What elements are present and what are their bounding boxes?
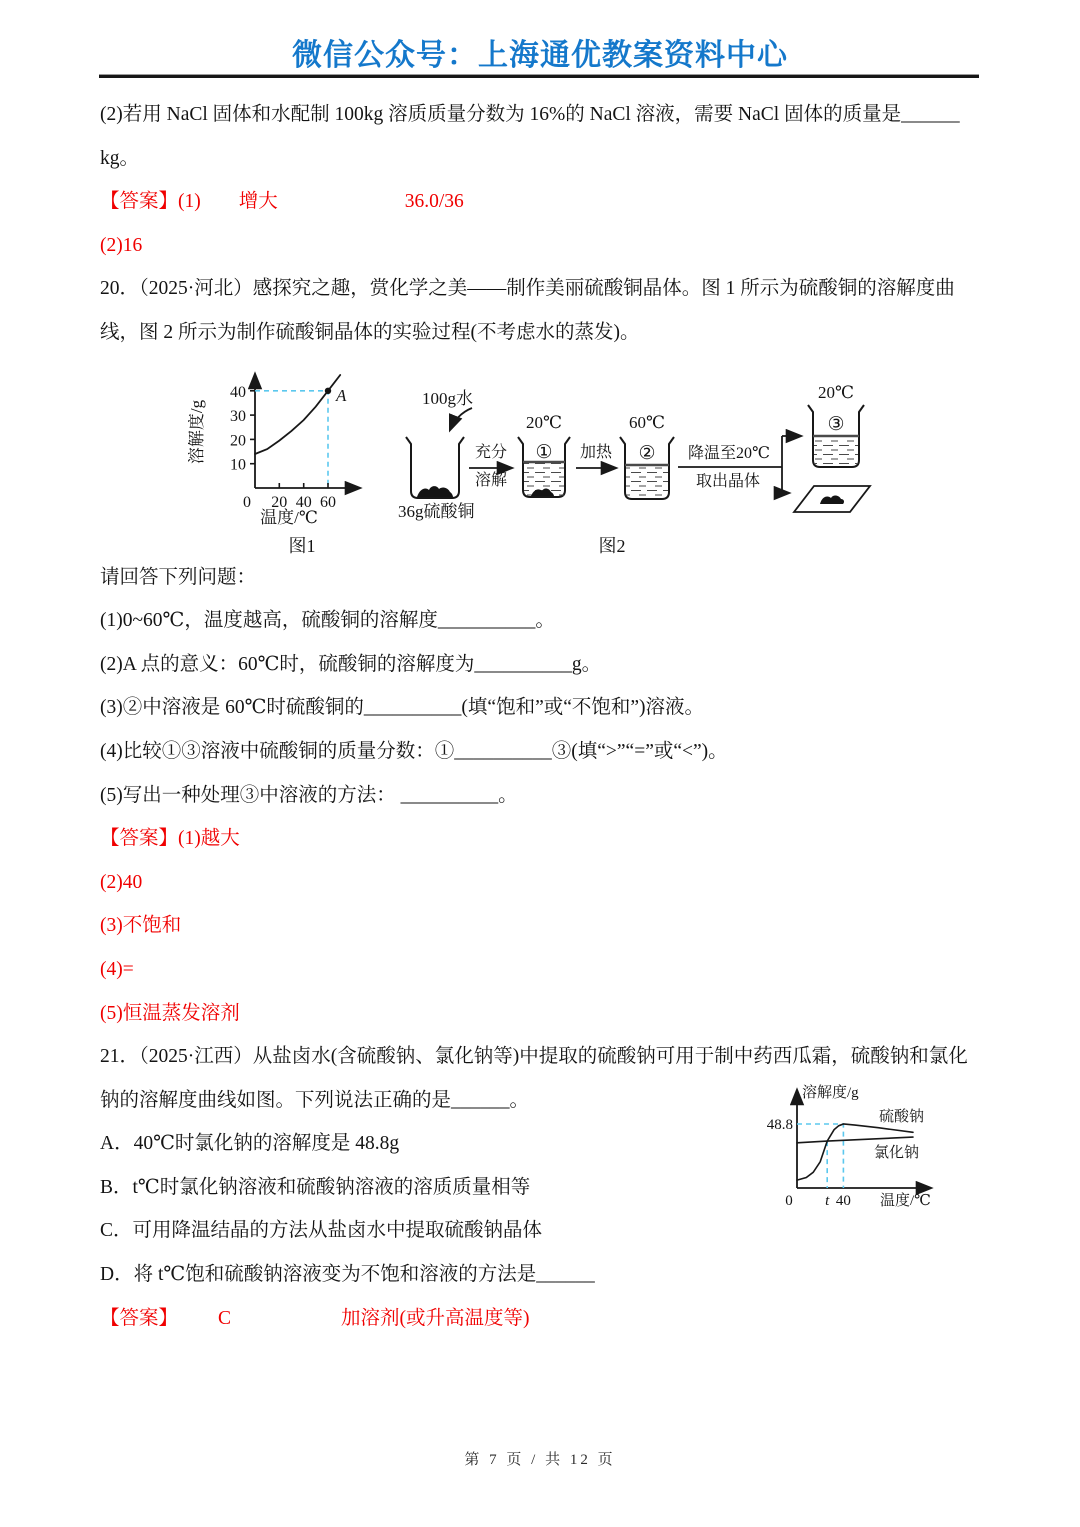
water-pour-arrow [450,408,472,430]
q19-answer-part2: (2)16 [100,224,992,268]
answer-label: 【答案】(1) [100,191,201,212]
q20-item-3: (3)②中溶液是 60℃时硫酸铜的__________(填“饱和”或“不饱和”)… [100,686,992,730]
step3-label-top: 降温至20℃ [688,444,770,462]
x-tick-label: 20 [271,494,287,511]
q21-answer-choice: C [218,1308,231,1329]
q21-solubility-chart: 溶解度/g 48.8 硫酸钠 氯化钠 温度/℃ 0t40 [755,1080,990,1215]
q20-item-4: (4)比较①③溶液中硫酸铜的质量分数：①__________③(填“>”“=”或… [100,730,992,774]
q19-answer-blank2: 36.0/36 [405,191,464,212]
page-title: 微信公众号：上海通优教案资料中心 [0,30,1080,74]
water-label: 100g水 [422,389,473,408]
q21-ytick-488: 48.8 [767,1117,793,1133]
answer-label: 【答案】 [100,1308,178,1329]
x-tick-label: t [825,1193,830,1209]
q19-line2: kg。 [100,137,992,181]
exam-page: 微信公众号：上海通优教案资料中心 (2)若用 NaCl 固体和水配制 100kg… [0,0,1080,1527]
q20-answer-1: 【答案】(1)越大 [100,817,992,861]
q21-option-d: D．将 t℃饱和硫酸钠溶液变为不饱和溶液的方法是______ [100,1253,992,1297]
q19-line1: (2)若用 NaCl 固体和水配制 100kg 溶质质量分数为 16%的 NaC… [100,93,992,137]
q20-item-1: (1)0~60℃，温度越高，硫酸铜的溶解度__________。 [100,599,992,643]
y-tick-label: 20 [230,432,246,449]
fig1-y-axis-label: 溶解度/g [188,399,206,464]
beaker2-temp: 60℃ [629,413,665,432]
q21-option-c: C．可用降温结晶的方法从盐卤水中提取硫酸钠晶体 [100,1209,992,1253]
q21-answer-text: 加溶剂(或升高温度等) [341,1308,530,1329]
beaker2-number: ② [638,442,655,464]
x-tick-label: 0 [243,494,251,511]
q20-stem1: 20．（2025·河北）感探究之趣，赏化学之美——制作美丽硫酸铜晶体。图 1 所… [100,267,992,311]
step1-label-top: 充分 [475,443,507,461]
beaker2-liquid [626,466,668,498]
x-tick-label: 40 [836,1193,851,1209]
point-a-marker [325,387,331,393]
fig1-solubility-chart: A 溶解度/g 温度/℃ 图1 020406010203040 [188,362,373,562]
solid-label: 36g硫酸铜 [398,502,475,521]
y-tick-label: 30 [230,408,246,425]
x-tick-label: 40 [296,494,312,511]
x-tick-label: 60 [320,494,336,511]
beaker1-temp: 20℃ [526,413,562,432]
q21-stem1: 21．（2025·江西）从盐卤水(含硫酸钠、氯化钠等)中提取的硫酸钠可用于制中药… [100,1035,992,1079]
sodium-chloride-curve [797,1137,913,1143]
beaker1-number: ① [535,441,552,463]
q20-stem2: 线，图 2 所示为制作硫酸铜晶体的实验过程(不考虑水的蒸发)。 [100,311,992,355]
q21-y-axis-label: 溶解度/g [802,1083,859,1101]
beaker3-number: ③ [827,413,844,435]
beaker3-temp: 20℃ [818,383,854,402]
fig1-solubility-curve [255,375,340,454]
q20-answer-2: (2)40 [100,861,992,905]
chloride-series-label: 氯化钠 [874,1143,919,1161]
fig2-caption: 图2 [599,536,626,556]
q19-answer-blank1: 增大 [239,191,278,212]
header-divider [99,74,979,78]
fig1-point-a-label: A [335,386,347,405]
page-number: 第 7 页 / 共 12 页 [0,1448,1080,1469]
q20-figures: A 溶解度/g 温度/℃ 图1 020406010203040 100g水 [100,355,992,556]
y-tick-label: 40 [230,383,246,400]
solid-pile-start [417,486,453,497]
y-tick-label: 10 [230,456,246,473]
fig2-process-diagram: 100g水 36g硫酸铜 充分 溶解 20℃ ① 加热 60℃ [390,362,890,562]
q20-answer-4: (4)= [100,948,992,992]
q21-x-axis-label: 温度/℃ [880,1191,931,1209]
step3-label-bottom: 取出晶体 [696,472,760,490]
x-tick-label: 0 [785,1193,793,1209]
step2-label: 加热 [580,443,613,461]
q21-answer-line: 【答案】C加溶剂(或升高温度等) [100,1297,992,1341]
step1-label-bottom: 溶解 [475,471,507,489]
q20-item-5: (5)写出一种处理③中溶液的方法： __________。 [100,774,992,818]
fig1-caption: 图1 [289,536,316,556]
q20-item-2: (2)A 点的意义：60℃时，硫酸铜的溶解度为__________g。 [100,643,992,687]
q20-answer-5: (5)恒温蒸发溶剂 [100,992,992,1036]
q20-answer-3: (3)不饱和 [100,904,992,948]
beaker3-liquid [814,437,858,466]
q20-prompt: 请回答下列问题： [100,556,992,600]
sulfate-series-label: 硫酸钠 [879,1107,924,1125]
q19-answer-line: 【答案】(1)增大36.0/36 [100,180,992,224]
